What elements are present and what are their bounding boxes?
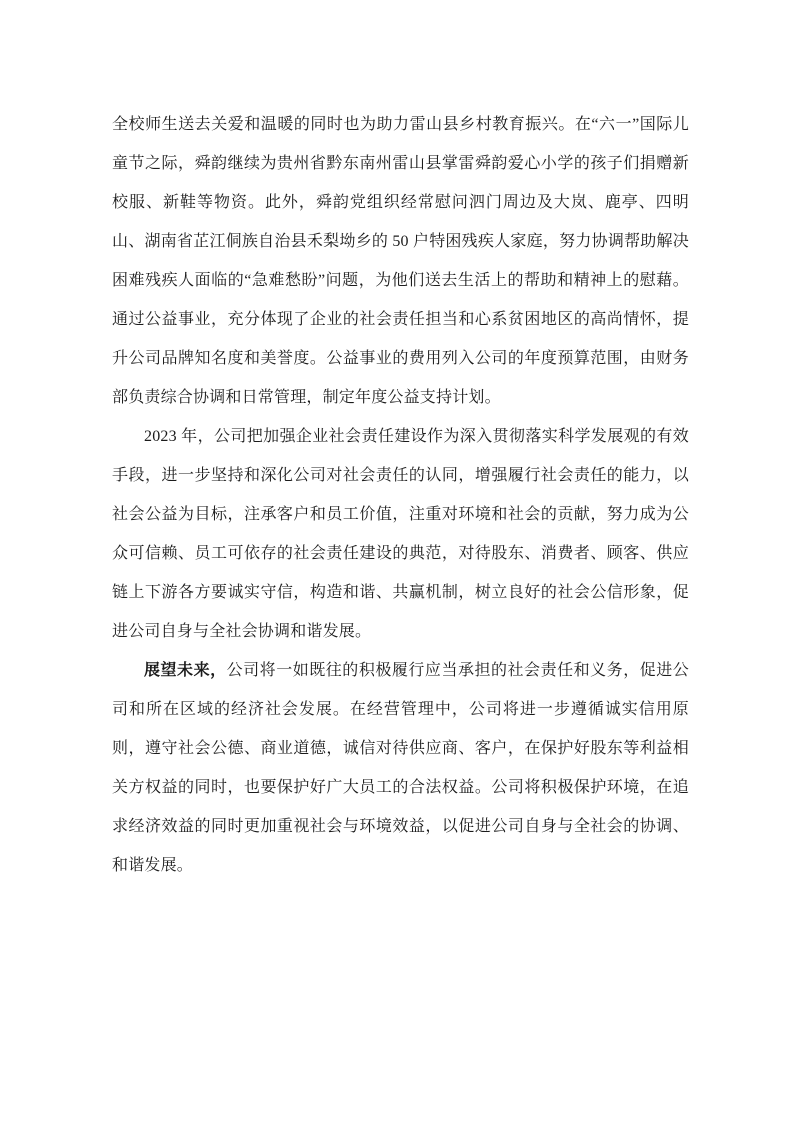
document-page: 全校师生送去关爱和温暖的同时也为助力雷山县乡村教育振兴。在“六一”国际儿童节之际… [0, 0, 800, 1134]
paragraph-public-welfare: 全校师生送去关爱和温暖的同时也为助力雷山县乡村教育振兴。在“六一”国际儿童节之际… [112, 105, 689, 417]
paragraph-outlook: 展望未来，公司将一如既往的积极履行应当承担的社会责任和义务，促进公司和所在区域的… [112, 651, 689, 885]
paragraph-csr-2023: 2023 年，公司把加强企业社会责任建设作为深入贯彻落实科学发展观的有效手段，进… [112, 417, 689, 651]
paragraph-outlook-body: 公司将一如既往的积极履行应当承担的社会责任和义务，促进公司和所在区域的经济社会发… [112, 662, 689, 874]
paragraph-outlook-bold-lead: 展望未来， [144, 662, 227, 679]
report-text-block: 全校师生送去关爱和温暖的同时也为助力雷山县乡村教育振兴。在“六一”国际儿童节之际… [112, 105, 689, 885]
